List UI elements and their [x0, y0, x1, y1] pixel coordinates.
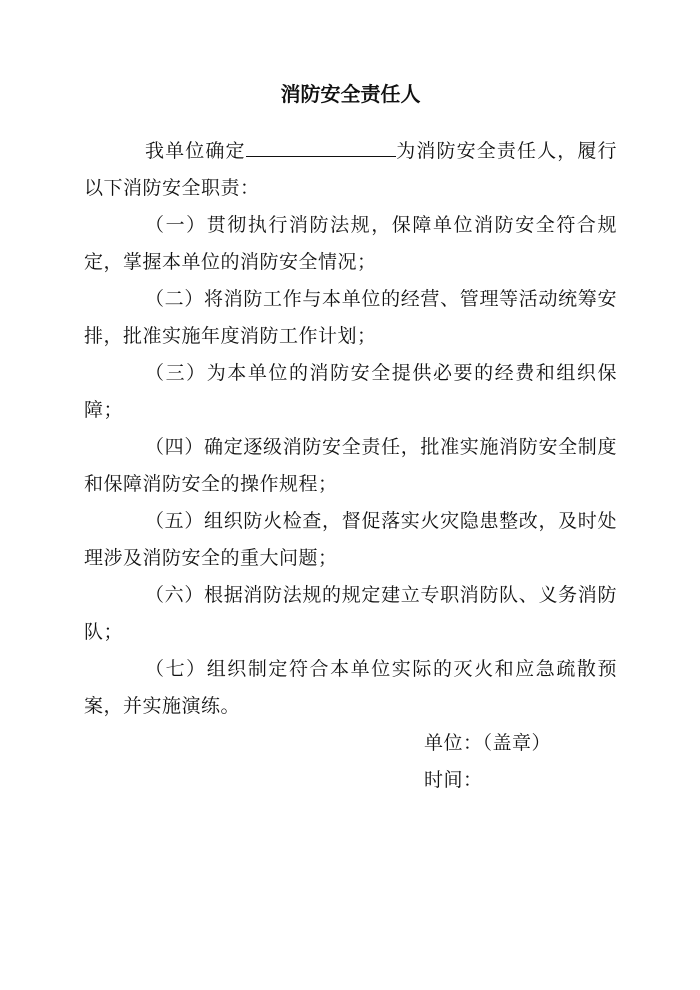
document-title: 消防安全责任人: [84, 82, 617, 108]
duty-item-3: （三）为本单位的消防安全提供必要的经费和组织保障；: [84, 355, 617, 429]
intro-paragraph: 我单位确定为消防安全责任人，履行以下消防安全职责：: [84, 133, 617, 207]
responsible-person-blank-field: [246, 137, 396, 157]
intro-lead-text: 我单位确定: [145, 141, 246, 162]
duty-item-4: （四）确定逐级消防安全责任，批准实施消防安全制度和保障消防安全的操作规程；: [84, 429, 617, 503]
duty-item-1: （一）贯彻执行消防法规，保障单位消防安全符合规定，掌握本单位的消防安全情况；: [84, 207, 617, 281]
signature-unit-line: 单位：（盖章）: [424, 725, 617, 762]
signature-time-line: 时间：: [424, 762, 617, 799]
duty-item-7: （七）组织制定符合本单位实际的灭火和应急疏散预案，并实施演练。: [84, 651, 617, 725]
document-page: 消防安全责任人 我单位确定为消防安全责任人，履行以下消防安全职责： （一）贯彻执…: [0, 0, 700, 990]
duty-item-6: （六）根据消防法规的规定建立专职消防队、义务消防队；: [84, 577, 617, 651]
duty-item-5: （五）组织防火检查，督促落实火灾隐患整改，及时处理涉及消防安全的重大问题；: [84, 503, 617, 577]
duty-item-2: （二）将消防工作与本单位的经营、管理等活动统筹安排，批准实施年度消防工作计划；: [84, 281, 617, 355]
signature-block: 单位：（盖章） 时间：: [84, 725, 617, 799]
